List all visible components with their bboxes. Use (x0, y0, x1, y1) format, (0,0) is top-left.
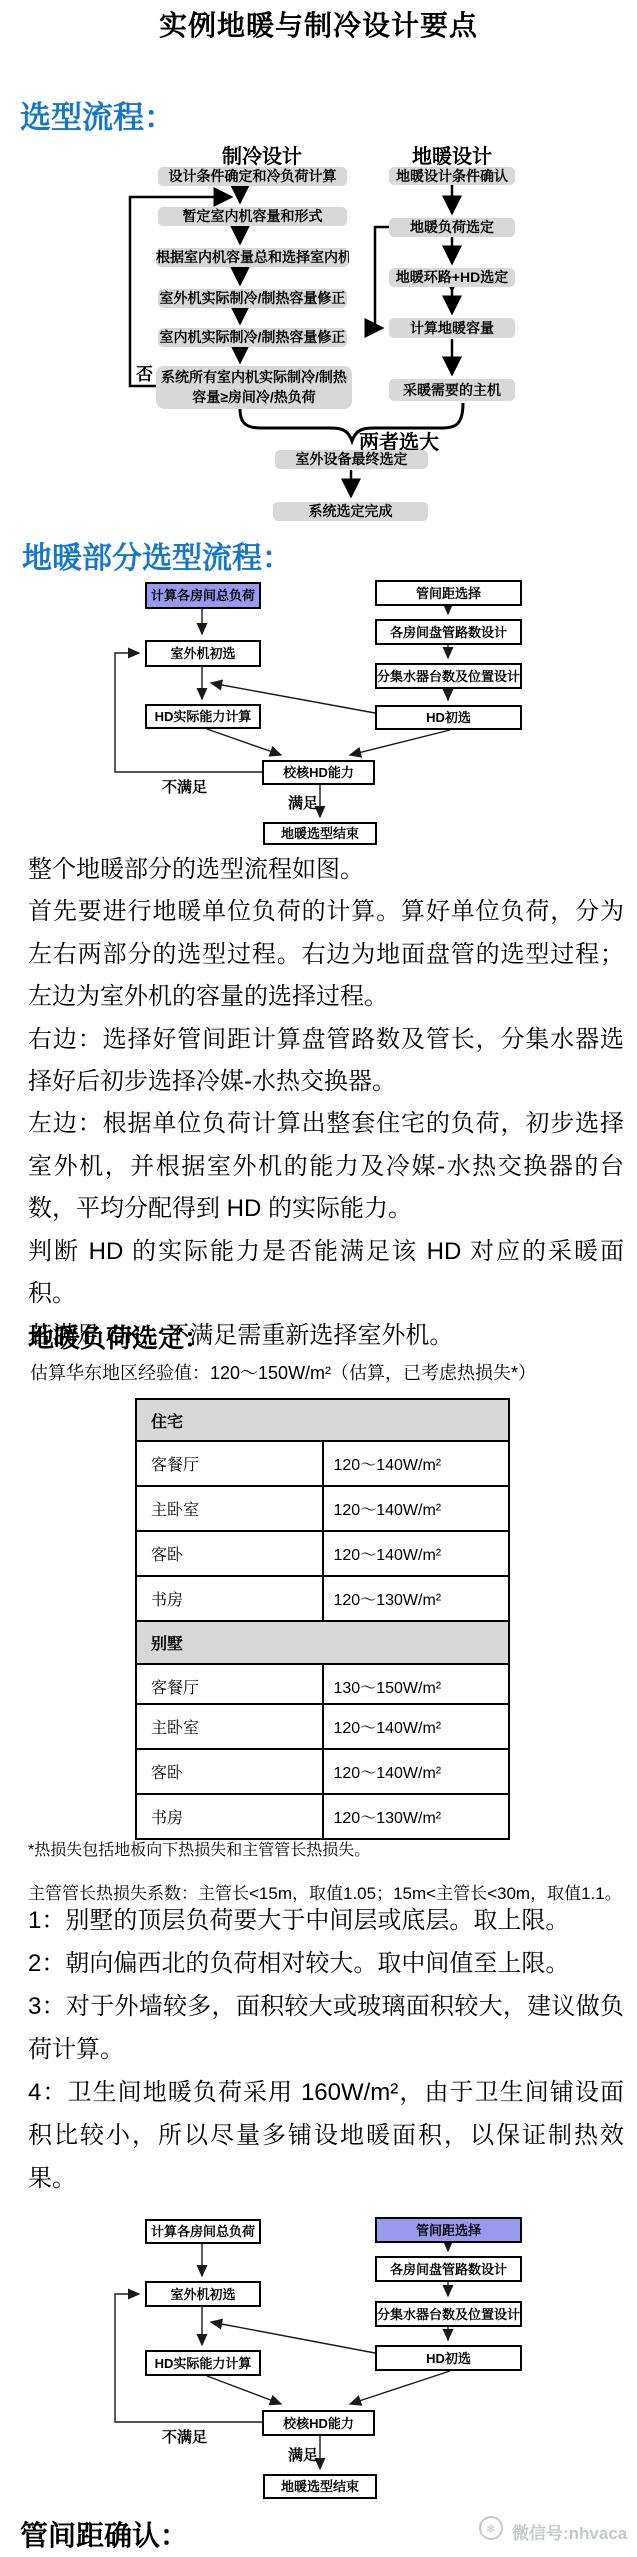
flow3-diagonal-back (211, 2322, 375, 2353)
table-row: 书房 120～130W/m² (136, 1794, 509, 1839)
flow1-box-design-conditions: 设计条件确定和冷负荷计算 (158, 167, 347, 186)
flow3-box-outdoor-preselect: 室外机初选 (145, 2281, 261, 2307)
flow1-box-fh-conditions: 地暖设计条件确认 (389, 167, 515, 185)
value-cell: 120～130W/m² (323, 1794, 510, 1839)
page-title: 实例地暖与制冷设计要点 (0, 4, 637, 44)
flow2-box-hd-capacity-calc: HD实际能力计算 (145, 704, 261, 729)
point-item: 4：卫生间地暖负荷采用 160W/m²，由于卫生间铺设面积比较小，所以尽量多铺设… (28, 2071, 624, 2200)
heading-floor-heating-selection: 地暖部分选型流程： (22, 533, 292, 577)
capacity-check-line2: 容量≥房间冷/热负荷 (156, 387, 352, 407)
room-cell: 书房 (136, 1794, 323, 1839)
flow1-box-select-indoor: 根据室内机容量总和选择室内机 (156, 248, 349, 267)
value-cell: 120～140W/m² (323, 1704, 510, 1749)
value-cell: 120～140W/m² (323, 1486, 510, 1531)
point-item: 3：对于外墙较多，面积较大或玻璃面积较大，建议做负荷计算。 (28, 1985, 624, 2071)
value-cell: 120～140W/m² (323, 1441, 510, 1486)
paragraph: 整个地暖部分的选型流程如图。 (28, 849, 624, 891)
load-estimate-line: 估算华东地区经验值：120～150W/m²（估算，已考虑热损失*） (30, 1359, 536, 1385)
point-item: 2：朝向偏西北的负荷相对较大。取中间值至上限。 (28, 1942, 624, 1985)
paragraph: 首先要进行地暖单位负荷的计算。算好单位负荷，分为左右两部分的选型过程。右边为地面… (28, 891, 624, 1018)
flow3-satisfied-label: 满足 (288, 2444, 318, 2465)
flow2-not-satisfied-label: 不满足 (162, 776, 207, 797)
article-page: 实例地暖与制冷设计要点 选型流程： 地暖部分选型流程： 地暖负荷选定： 管间距确… (0, 0, 637, 2557)
numbered-points: 1：别墅的顶层负荷要大于中间层或底层。取上限。 2：朝向偏西北的负荷相对较大。取… (28, 1899, 624, 2200)
room-cell: 客卧 (136, 1531, 323, 1576)
paragraph: 判断 HD 的实际能力是否能满足该 HD 对应的采暖面积。 (28, 1231, 624, 1316)
flow1-box-heating-host: 采暖需要的主机 (389, 379, 515, 401)
room-cell: 书房 (136, 1576, 323, 1621)
table-row: 客卧 120～140W/m² (136, 1531, 509, 1576)
watermark-wechat-id: 微信号:nhvaca (512, 2519, 627, 2544)
flow2-box-end: 地暖选型结束 (263, 822, 377, 845)
flow3-box-hd-preselect: HD初选 (375, 2345, 522, 2371)
heading-pipe-spacing-confirm: 管间距确认： (20, 2514, 188, 2554)
flow1-box-fh-load: 地暖负荷选定 (389, 218, 515, 237)
room-cell: 客卧 (136, 1749, 323, 1794)
flow1-bypass-line (375, 227, 389, 328)
table-section-residential: 住宅 (136, 1399, 509, 1441)
flow3-box-manifold: 分集水器台数及位置设计 (375, 2301, 522, 2327)
flow1-box-fh-loop-hd: 地暖环路+HD选定 (389, 268, 515, 287)
flow2-box-calc-total-load: 计算各房间总负荷 (145, 582, 261, 609)
room-cell: 主卧室 (136, 1704, 323, 1749)
value-cell: 120～140W/m² (323, 1531, 510, 1576)
flow2-box-check-hd: 校核HD能力 (262, 760, 375, 785)
flow2-satisfied-label: 满足 (288, 792, 318, 813)
flow3-box-coil-loops: 各房间盘管路数设计 (375, 2256, 522, 2282)
flow3-not-satisfied-label: 不满足 (162, 2426, 207, 2447)
table-row: 客餐厅 120～140W/m² (136, 1441, 509, 1486)
table-section-villa: 别墅 (136, 1621, 509, 1664)
flow3-box-end: 地暖选型结束 (263, 2474, 377, 2499)
wechat-logo-icon: ❄ (479, 2516, 503, 2540)
paragraph: 左边：根据单位负荷计算出整套住宅的负荷，初步选择室外机，并根据室外机的能力及冷媒… (28, 1103, 624, 1230)
heading-selection-process: 选型流程： (20, 92, 175, 137)
flow1-box-indoor-correction: 室内机实际制冷/制热容量修正 (158, 328, 347, 347)
flow3-box-hd-capacity-calc: HD实际能力计算 (145, 2350, 261, 2376)
value-cell: 120～140W/m² (323, 1749, 510, 1794)
flow1-box-outdoor-correction: 室外机实际制冷/制热容量修正 (158, 289, 347, 308)
flow1-box-fh-capacity: 计算地暖容量 (389, 318, 515, 338)
load-table-upper: 住宅 客餐厅 120～140W/m² 主卧室 120～140W/m² 客卧 12… (135, 1398, 510, 1710)
room-cell: 主卧室 (136, 1486, 323, 1531)
flow1-col-cooling-title: 制冷设计 (222, 140, 302, 169)
flow2-box-pipe-spacing: 管间距选择 (375, 580, 522, 606)
flow1-no-label: 否 (136, 360, 153, 385)
flow1-box-capacity-check: 系统所有室内机实际制冷/制热 容量≥房间冷/热负荷 (156, 366, 352, 409)
body-paragraphs: 整个地暖部分的选型流程如图。 首先要进行地暖单位负荷的计算。算好单位负荷，分为左… (28, 849, 624, 1358)
table-row: 主卧室 120～140W/m² (136, 1704, 509, 1749)
capacity-check-line1: 系统所有室内机实际制冷/制热 (156, 367, 352, 387)
flow1-box-final-outdoor: 室外设备最终选定 (275, 450, 428, 469)
heat-loss-footnote: *热损失包括地板向下热损失和主管管长热损失。 (28, 1837, 370, 1860)
table-row: 主卧室 120～140W/m² (136, 1486, 509, 1531)
flow1-col-heating-title: 地暖设计 (412, 140, 492, 169)
flow1-box-indoor-capacity: 暂定室内机容量和形式 (158, 207, 347, 226)
flow2-box-outdoor-preselect: 室外机初选 (145, 640, 261, 667)
table-row: 客卧 120～140W/m² (136, 1749, 509, 1794)
table-row: 书房 120～130W/m² (136, 1576, 509, 1621)
flow1-box-system-done: 系统选定完成 (273, 502, 428, 521)
value-cell: 120～130W/m² (323, 1576, 510, 1621)
paragraph: 若满足 OK，不满足需重新选择室外机。 (28, 1315, 624, 1357)
flow2-box-manifold: 分集水器台数及位置设计 (375, 663, 522, 689)
flow3-box-check-hd: 校核HD能力 (262, 2410, 375, 2436)
paragraph: 右边：选择好管间距计算盘管路数及管长，分集水器选择好后初步选择冷媒-水热交换器。 (28, 1019, 624, 1104)
room-cell: 客餐厅 (136, 1441, 323, 1486)
flow3-box-pipe-spacing: 管间距选择 (375, 2217, 522, 2243)
flow3-box-calc-total-load: 计算各房间总负荷 (145, 2219, 261, 2244)
point-item: 1：别墅的顶层负荷要大于中间层或底层。取上限。 (28, 1899, 624, 1942)
flow2-box-hd-preselect: HD初选 (375, 705, 522, 730)
load-table-lower: 主卧室 120～140W/m² 客卧 120～140W/m² 书房 120～13… (135, 1703, 510, 1840)
flow2-box-coil-loops: 各房间盘管路数设计 (375, 619, 522, 645)
